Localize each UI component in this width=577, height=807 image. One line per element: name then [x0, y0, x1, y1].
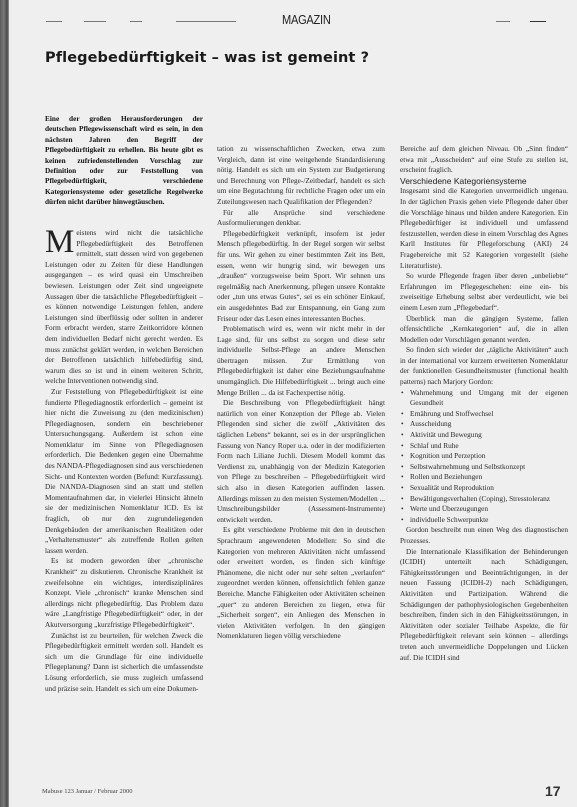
list-item: Schlaf und Ruhe [400, 441, 568, 452]
header-rule [496, 21, 510, 22]
header-rule [176, 21, 236, 22]
bullet-list: Wahrnehmung und Umgang mit der eigenen G… [400, 388, 568, 526]
section-label: MAGAZIN [282, 12, 331, 27]
list-item: Rollen und Beziehungen [400, 472, 568, 483]
header-rule [130, 21, 142, 22]
magazine-page: MAGAZIN Pflegebedürftigkeit – was ist ge… [12, 0, 577, 807]
subheading: Verschiedene Kategoriensysteme [400, 176, 568, 187]
lead-paragraph: Eine der großen Herausforderungen der de… [45, 114, 203, 208]
paragraph: So wurde Pflegende fragen über deren „un… [400, 271, 568, 313]
paragraph: Meistens wird nicht die tatsächliche Pfl… [45, 228, 203, 387]
list-item: individuelle Schwerpunkte [400, 515, 568, 526]
paragraph: Problematisch wird es, wenn wir nicht me… [217, 324, 385, 398]
scan-binding-edge [0, 0, 9, 807]
page-header: MAGAZIN [40, 12, 560, 32]
list-item: Sexualität und Reproduktion [400, 483, 568, 494]
list-item: Wahrnehmung und Umgang mit der eigenen G… [400, 388, 568, 409]
article-title: Pflegebedürftigkeit – was ist gemeint ? [45, 50, 369, 66]
paragraph: tation zu wissenschaftlichen Zwecken, et… [217, 144, 385, 208]
header-rule [530, 21, 546, 22]
column-2: tation zu wissenschaftlichen Zwecken, et… [217, 144, 385, 642]
header-rule [46, 21, 62, 22]
paragraph: Pflegebedürftigkeit verknüpft, insofern … [217, 229, 385, 324]
list-item: Bewältigungsverhalten (Coping), Stressto… [400, 494, 568, 505]
article-lead: Eine der großen Herausforderungen der de… [45, 114, 203, 208]
paragraph: Überblick man die gängigen Systeme, fall… [400, 314, 568, 346]
paragraph: Bereiche auf dem gleichen Niveau. Ob „Si… [400, 144, 568, 176]
footer-publication: Mabuse 123 Januar / Februar 2000 [42, 788, 132, 795]
list-item: Ernährung und Stoffwechsel [400, 409, 568, 420]
list-item: Ausscheidung [400, 419, 568, 430]
list-item: Kognition und Perzeption [400, 451, 568, 462]
paragraph: Für alle Ansprüche sind verschiedene Aus… [217, 208, 385, 229]
page-number: 17 [545, 783, 561, 799]
paragraph: Zunächst ist zu beurteilen, für welchen … [45, 631, 203, 695]
paragraph: Zur Feststellung von Pflegebedürftigkeit… [45, 387, 203, 557]
column-1: Meistens wird nicht die tatsächliche Pfl… [45, 228, 203, 694]
list-item: Werte und Überzeugungen [400, 504, 568, 515]
paragraph: Insgesamt sind die Kategorien unvermeidl… [400, 186, 568, 271]
header-rule [84, 21, 106, 22]
paragraph: Die Beschreibung von Pflegebedürftigkeit… [217, 398, 385, 525]
drop-cap: M [45, 229, 74, 256]
paragraph: Die Internationale Klassifikation der Be… [400, 547, 568, 664]
list-item: Aktivität und Bewegung [400, 430, 568, 441]
paragraph: Gordon beschreibt nun einen Weg des diag… [400, 525, 568, 546]
paragraph: So finden sich wieder der „tägliche Akti… [400, 345, 568, 387]
column-3: Bereiche auf dem gleichen Niveau. Ob „Si… [400, 144, 568, 663]
paragraph: Es gibt verschiedene Probleme mit den in… [217, 525, 385, 642]
list-item: Selbstwahrnehmung und Selbstkonzept [400, 462, 568, 473]
paragraph: Es ist modern geworden über „chronische … [45, 556, 203, 630]
